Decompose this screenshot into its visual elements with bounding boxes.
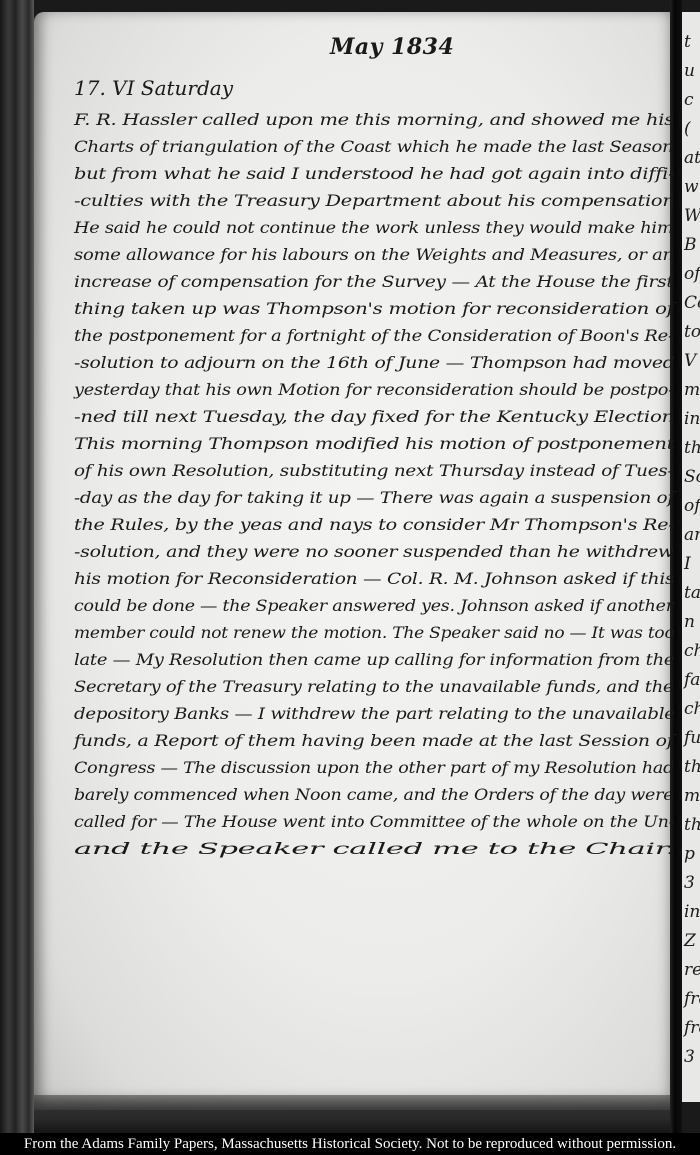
manuscript-line: Congress — The discussion upon the other… [74, 759, 674, 777]
book-binding-edge [0, 0, 34, 1133]
manuscript-line: of his own Resolution, substituting next… [74, 462, 673, 480]
manuscript-line: Secretary of the Treasury relating to th… [74, 678, 673, 696]
facing-page-fragment: an [684, 525, 700, 545]
manuscript-line: late — My Resolution then came up callin… [74, 651, 674, 669]
copyright-caption: From the Adams Family Papers, Massachuse… [0, 1133, 700, 1155]
facing-page-fragment: ch [684, 699, 700, 719]
page-bottom-shadow [34, 1095, 674, 1133]
facing-page-fragment: tha [684, 757, 700, 777]
facing-page-fragment: W [684, 206, 700, 226]
manuscript-line: -ned till next Tuesday, the day fixed fo… [74, 408, 674, 426]
facing-page-fragment: fro [684, 1018, 700, 1038]
facing-page-fragment: of [684, 496, 700, 516]
manuscript-line: member could not renew the motion. The S… [74, 624, 674, 642]
facing-page-fragment: th [684, 438, 700, 458]
manuscript-line: This morning Thompson modified his motio… [74, 435, 674, 453]
facing-page-fragment: ch [684, 641, 700, 661]
facing-page-fragment: Co [684, 293, 700, 313]
facing-page-fragment: ( [684, 119, 691, 139]
page-heading: May 1834 [330, 34, 454, 60]
manuscript-line: but from what he said I understood he ha… [74, 165, 674, 183]
manuscript-line: could be done — the Speaker answered yes… [74, 597, 674, 615]
facing-page-fragment: u [684, 61, 695, 81]
facing-page-fragment: reg [684, 960, 700, 980]
manuscript-line: F. R. Hassler called upon me this mornin… [74, 111, 674, 129]
manuscript-line: the Rules, by the yeas and nays to consi… [74, 516, 675, 534]
manuscript-line: thing taken up was Thompson's motion for… [74, 300, 674, 318]
manuscript-line: -culties with the Treasury Department ab… [74, 192, 675, 210]
manuscript-line: the postponement for a fortnight of the … [74, 327, 674, 345]
facing-page-fragment: in [684, 409, 700, 429]
facing-page-fragment: p [684, 844, 695, 864]
manuscript-line: yesterday that his own Motion for recons… [74, 381, 674, 399]
manuscript-line: and the Speaker called me to the Chair. [74, 840, 675, 858]
facing-page-fragment: fu [684, 728, 700, 748]
facing-page-fragment: 3 C [684, 1047, 700, 1067]
facing-page-fragment: thr [684, 815, 700, 835]
facing-page-fragment: fa [684, 670, 700, 690]
manuscript-line: -solution, and they were no sooner suspe… [74, 543, 674, 561]
manuscript-line: barely commenced when Noon came, and the… [74, 786, 673, 804]
facing-page-fragment: of [684, 264, 700, 284]
facing-page-fragment: fro [684, 989, 700, 1009]
facing-page-fragment: in [684, 902, 700, 922]
manuscript-scan: tuc(atwWBofCotoVminthSchofanItalnchfachf… [0, 0, 700, 1133]
facing-page-fragment: c [684, 90, 694, 110]
facing-page-fragment: n [684, 612, 695, 632]
manuscript-line: -solution to adjourn on the 16th of June… [74, 354, 675, 372]
facing-page-fragment: Z [684, 931, 696, 951]
manuscript-line: increase of compensation for the Survey … [74, 273, 674, 291]
manuscript-line: some allowance for his labours on the We… [74, 246, 674, 264]
manuscript-line: -day as the day for taking it up — There… [74, 489, 674, 507]
facing-page-fragment: m [684, 786, 700, 806]
facing-page-fragment: V [684, 351, 696, 371]
facing-page-fragment: tal [684, 583, 700, 603]
facing-page-fragment: at [684, 148, 700, 168]
entry-dateline: 17. VI Saturday [74, 76, 233, 100]
facing-page-fragment: 3 t [684, 873, 700, 893]
manuscript-line: Charts of triangulation of the Coast whi… [74, 138, 673, 156]
manuscript-line: called for — The House went into Committ… [74, 813, 674, 831]
manuscript-line: He said he could not continue the work u… [74, 219, 673, 237]
facing-page-fragment: B [684, 235, 697, 255]
facing-page-fragment: to [684, 322, 700, 342]
manuscript-line: funds, a Report of them having been made… [74, 732, 673, 750]
facing-page-fragment: t [684, 32, 691, 52]
facing-page-sliver: tuc(atwWBofCotoVminthSchofanItalnchfachf… [682, 12, 700, 1102]
facing-page-fragment: Sch [684, 467, 700, 487]
manuscript-line: his motion for Reconsideration — Col. R.… [74, 570, 674, 588]
facing-page-fragment: m [684, 380, 700, 400]
facing-page-fragment: w [684, 177, 699, 197]
manuscript-line: depository Banks — I withdrew the part r… [74, 705, 675, 723]
facing-page-fragment: I [684, 554, 691, 574]
